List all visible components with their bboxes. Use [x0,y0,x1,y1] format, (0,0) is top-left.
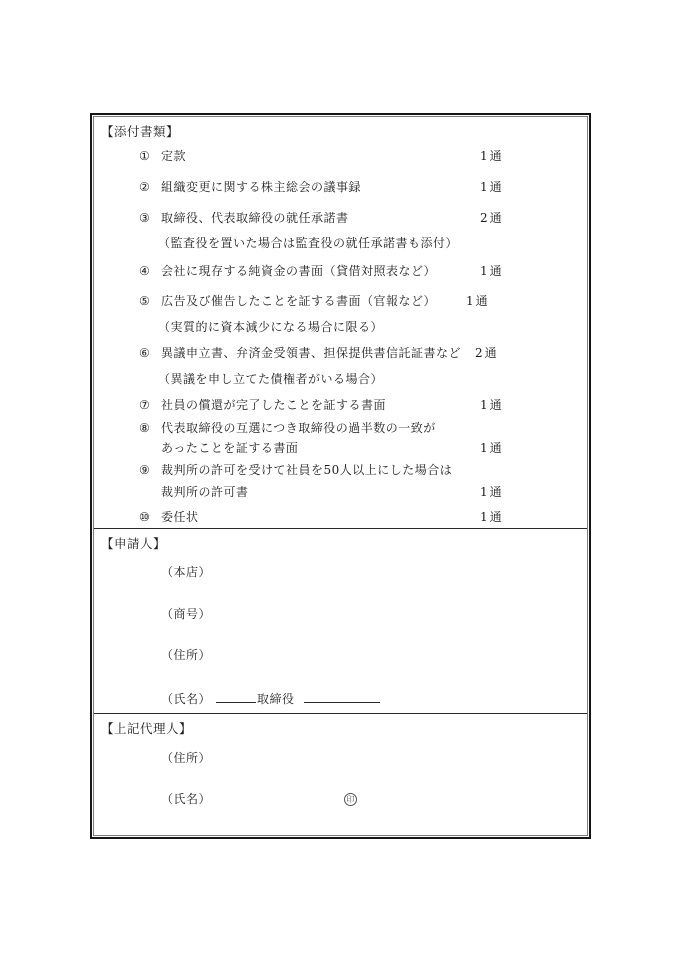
attachment-note-3: （監査役を置いた場合は監査役の就任承諾書も添付） [94,236,587,251]
director-title-label: 取締役 [257,692,295,706]
section-title-applicant: 【申請人】 [94,529,587,551]
item-label-continued: 裁判所の許可書 [161,485,249,499]
attachment-item-8-line1: ⑧代表取締役の互選につき取締役の過半数の一致が [94,421,587,436]
attachment-item-9-line2: 裁判所の許可書 1通 [94,485,587,500]
item-number: ② [139,180,161,195]
note-text: （異議を申し立てた債権者がいる場合） [158,372,383,386]
applicant-head-office-field: （本店） [94,565,587,580]
attachment-item-2: ②組織変更に関する株主総会の議事録 1通 [94,180,587,195]
item-label: 異議申立書、弁済金受領書、担保提供書信託証書など [161,346,461,360]
trade-name-label: （商号） [161,607,211,621]
form-outer-border: 【添付書類】 ①定款 1通 ②組織変更に関する株主総会の議事録 1通 ③取締役、… [90,113,591,839]
item-label: 会社に現存する純資金の書面（貸借対照表など） [161,264,436,278]
attachment-item-5: ⑤広告及び催告したことを証する書面（官報など） 1通 [94,294,587,309]
applicant-name-field: （氏名）取締役 [94,690,587,707]
item-number: ③ [139,211,161,226]
section-title-agent: 【上記代理人】 [94,714,587,736]
attachment-note-5: （実質的に資本減少になる場合に限る） [94,320,587,335]
item-count: 2通 [475,346,499,361]
attachment-item-3: ③取締役、代表取締役の就任承諾書 2通 [94,211,587,226]
attachment-note-6: （異議を申し立てた債権者がいる場合） [94,372,587,387]
note-text: （実質的に資本減少になる場合に限る） [158,320,383,334]
attachment-item-8-line2: あったことを証する書面 1通 [94,441,587,456]
section-title-attachments: 【添付書類】 [94,117,587,139]
head-office-label: （本店） [161,565,211,579]
item-count: 1通 [480,398,504,413]
item-count: 1通 [480,485,504,500]
item-label: 委任状 [161,510,199,524]
item-count: 2通 [480,211,504,226]
item-number: ⑩ [139,510,161,525]
section-agent: 【上記代理人】 （住所） （氏名）印 [94,713,587,835]
item-label: 取締役、代表取締役の就任承諾書 [161,211,349,225]
item-count: 1通 [480,149,504,164]
name-label: （氏名） [161,692,211,706]
seal-mark-icon: 印 [344,793,357,806]
item-number: ④ [139,264,161,279]
item-label: 代表取締役の互選につき取締役の過半数の一致が [161,421,436,435]
item-number: ⑨ [139,463,161,478]
section-attachments: 【添付書類】 ①定款 1通 ②組織変更に関する株主総会の議事録 1通 ③取締役、… [94,117,587,528]
address-label: （住所） [161,648,211,662]
item-label: 組織変更に関する株主総会の議事録 [161,180,361,194]
item-number: ⑦ [139,398,161,413]
form-inner-border: 【添付書類】 ①定款 1通 ②組織変更に関する株主総会の議事録 1通 ③取締役、… [93,116,588,836]
item-label: 裁判所の許可を受けて社員を50人以上にした場合は [161,463,452,477]
agent-name-field: （氏名）印 [94,792,587,807]
applicant-trade-name-field: （商号） [94,607,587,622]
item-label-continued: あったことを証する書面 [161,441,298,455]
item-count: 1通 [480,180,504,195]
attachment-item-7: ⑦社員の償還が完了したことを証する書面 1通 [94,398,587,413]
attachment-item-9-line1: ⑨裁判所の許可を受けて社員を50人以上にした場合は [94,463,587,478]
item-count: 1通 [466,294,490,309]
item-number: ⑧ [139,421,161,436]
attachment-item-4: ④会社に現存する純資金の書面（貸借対照表など） 1通 [94,264,587,279]
applicant-address-field: （住所） [94,648,587,663]
note-text: （監査役を置いた場合は監査役の就任承諾書も添付） [158,236,458,250]
attachment-item-1: ①定款 1通 [94,149,587,164]
address-label: （住所） [161,751,211,765]
item-number: ⑤ [139,294,161,309]
item-count: 1通 [480,264,504,279]
name-label: （氏名） [161,792,211,806]
agent-address-field: （住所） [94,751,587,766]
attachment-item-6: ⑥異議申立書、弁済金受領書、担保提供書信託証書など 2通 [94,346,587,361]
name-blank-line [216,690,256,703]
attachment-item-10: ⑩委任状 1通 [94,510,587,525]
item-label: 定款 [161,149,186,163]
item-number: ⑥ [139,346,161,361]
name-blank-line-2 [304,690,380,703]
document-page: 【添付書類】 ①定款 1通 ②組織変更に関する株主総会の議事録 1通 ③取締役、… [0,0,680,962]
section-applicant: 【申請人】 （本店） （商号） （住所） （氏名）取締役 [94,528,587,713]
item-number: ① [139,149,161,164]
item-count: 1通 [480,510,504,525]
item-label: 社員の償還が完了したことを証する書面 [161,398,386,412]
item-count: 1通 [480,441,504,456]
item-label: 広告及び催告したことを証する書面（官報など） [161,294,436,308]
